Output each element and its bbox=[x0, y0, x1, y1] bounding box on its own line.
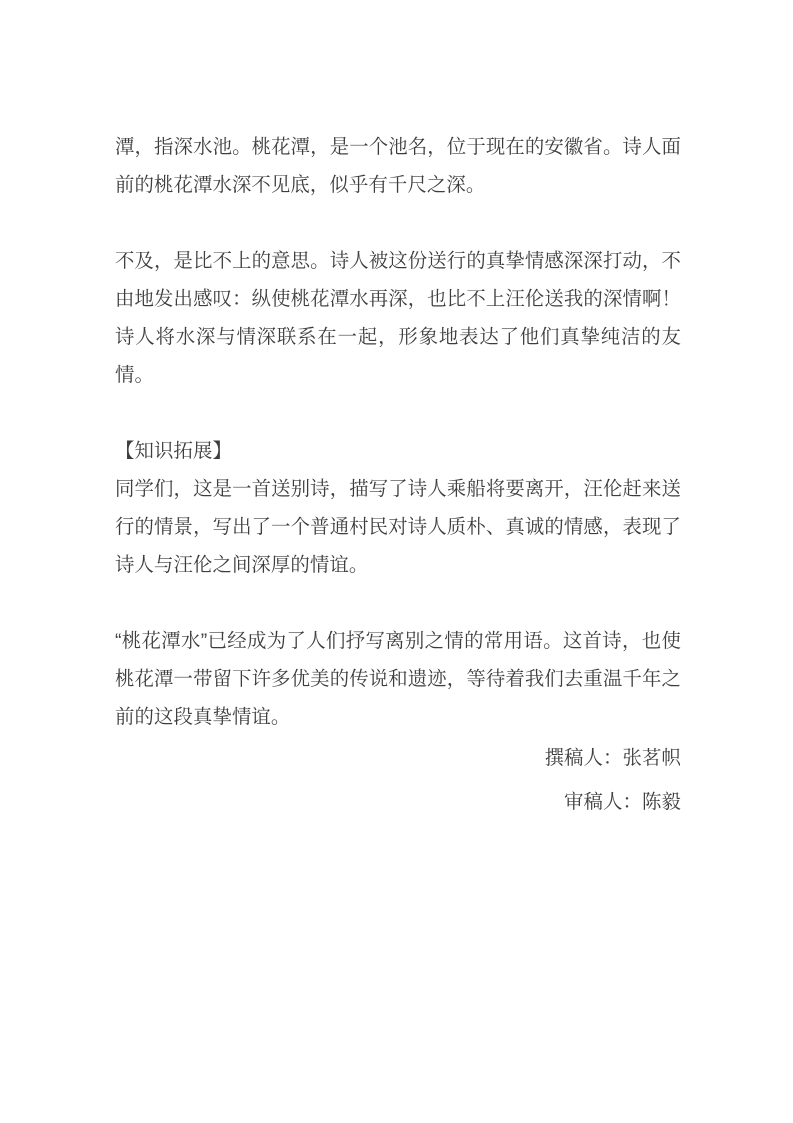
writer-signature-line: 撰稿人：张茗帜 bbox=[115, 736, 681, 780]
paragraph-taohuatan-legacy: “桃花潭水”已经成为了人们抒写离别之情的常用语。这首诗，也使桃花潭一带留下许多优… bbox=[115, 622, 681, 736]
document-body: 潭，指深水池。桃花潭，是一个池名，位于现在的安徽省。诗人面前的桃花潭水深不见底，… bbox=[0, 0, 793, 824]
signature-block: 撰稿人：张茗帜 审稿人：陈毅 bbox=[115, 736, 681, 824]
paragraph-tan-definition: 潭，指深水池。桃花潭，是一个池名，位于现在的安徽省。诗人面前的桃花潭水深不见底，… bbox=[115, 128, 681, 204]
reviewer-signature-line: 审稿人：陈毅 bbox=[115, 780, 681, 824]
document-page: 潭，指深水池。桃花潭，是一个池名，位于现在的安徽省。诗人面前的桃花潭水深不见底，… bbox=[0, 0, 793, 1123]
paragraph-knowledge-intro: 同学们，这是一首送别诗，描写了诗人乘船将要离开，汪伦赶来送行的情景，写出了一个普… bbox=[115, 470, 681, 584]
section-heading-knowledge-expansion: 【知识拓展】 bbox=[115, 432, 681, 470]
paragraph-buji-definition: 不及，是比不上的意思。诗人被这份送行的真挚情感深深打动，不由地发出感叹：纵使桃花… bbox=[115, 242, 681, 394]
